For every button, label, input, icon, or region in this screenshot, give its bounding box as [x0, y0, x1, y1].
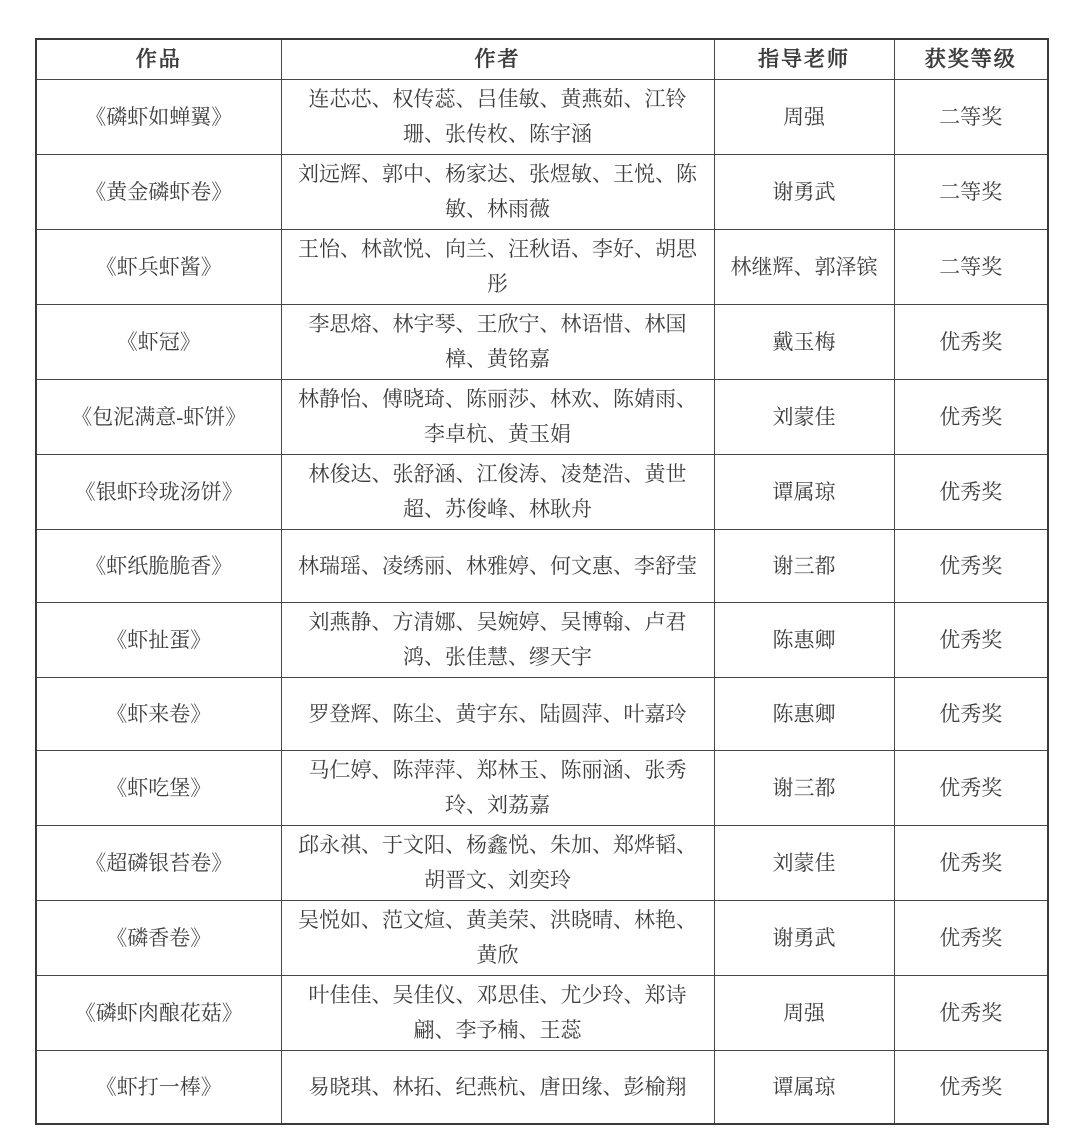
cell-authors: 林俊达、张舒涵、江俊涛、凌楚浩、黄世超、苏俊峰、林耿舟: [281, 455, 714, 530]
table-row: 《虾扯蛋》 刘燕静、方清娜、吴婉婷、吴博翰、卢君鸿、张佳慧、缪天宇 陈惠卿 优秀…: [36, 603, 1048, 678]
cell-award: 优秀奖: [894, 380, 1048, 455]
table-row: 《虾打一棒》 易晓琪、林拓、纪燕杭、唐田缘、彭榆翔 谭属琼 优秀奖: [36, 1051, 1048, 1125]
table-row: 《黄金磷虾卷》 刘远辉、郭中、杨家达、张煜敏、王悦、陈敏、林雨薇 谢勇武 二等奖: [36, 155, 1048, 230]
cell-teacher: 林继辉、郭泽镔: [714, 230, 894, 305]
cell-teacher: 谢勇武: [714, 901, 894, 976]
cell-teacher: 刘蒙佳: [714, 826, 894, 901]
cell-teacher: 谭属琼: [714, 455, 894, 530]
cell-work: 《磷虾肉酿花菇》: [36, 976, 281, 1051]
cell-work: 《虾冠》: [36, 305, 281, 380]
cell-work: 《虾吃堡》: [36, 751, 281, 826]
cell-teacher: 谭属琼: [714, 1051, 894, 1125]
cell-teacher: 周强: [714, 80, 894, 155]
header-row: 作品 作者 指导老师 获奖等级: [36, 39, 1048, 80]
awards-table: 作品 作者 指导老师 获奖等级 《磷虾如蝉翼》 连芯芯、权传蕊、吕佳敏、黄燕茹、…: [35, 38, 1049, 1125]
table-row: 《磷虾肉酿花菇》 叶佳佳、吴佳仪、邓思佳、尤少玲、郑诗翩、李予楠、王蕊 周强 优…: [36, 976, 1048, 1051]
cell-work: 《银虾玲珑汤饼》: [36, 455, 281, 530]
cell-authors: 易晓琪、林拓、纪燕杭、唐田缘、彭榆翔: [281, 1051, 714, 1125]
cell-authors: 叶佳佳、吴佳仪、邓思佳、尤少玲、郑诗翩、李予楠、王蕊: [281, 976, 714, 1051]
cell-teacher: 刘蒙佳: [714, 380, 894, 455]
cell-award: 二等奖: [894, 155, 1048, 230]
cell-authors: 王怡、林歆悦、向兰、汪秋语、李好、胡思彤: [281, 230, 714, 305]
table-row: 《虾冠》 李思熔、林宇琴、王欣宁、林语惜、林国樟、黄铭嘉 戴玉梅 优秀奖: [36, 305, 1048, 380]
cell-work: 《虾扯蛋》: [36, 603, 281, 678]
cell-authors: 吴悦如、范文煊、黄美荣、洪晓晴、林艳、黄欣: [281, 901, 714, 976]
cell-work: 《黄金磷虾卷》: [36, 155, 281, 230]
cell-award: 优秀奖: [894, 455, 1048, 530]
cell-authors: 邱永祺、于文阳、杨鑫悦、朱加、郑烨韬、胡晋文、刘奕玲: [281, 826, 714, 901]
cell-work: 《磷香卷》: [36, 901, 281, 976]
table-row: 《磷香卷》 吴悦如、范文煊、黄美荣、洪晓晴、林艳、黄欣 谢勇武 优秀奖: [36, 901, 1048, 976]
cell-award: 二等奖: [894, 230, 1048, 305]
cell-authors: 刘远辉、郭中、杨家达、张煜敏、王悦、陈敏、林雨薇: [281, 155, 714, 230]
cell-authors: 马仁婷、陈萍萍、郑林玉、陈丽涵、张秀玲、刘荔嘉: [281, 751, 714, 826]
table-row: 《银虾玲珑汤饼》 林俊达、张舒涵、江俊涛、凌楚浩、黄世超、苏俊峰、林耿舟 谭属琼…: [36, 455, 1048, 530]
cell-award: 二等奖: [894, 80, 1048, 155]
cell-authors: 罗登辉、陈尘、黄宇东、陆圆萍、叶嘉玲: [281, 678, 714, 751]
cell-work: 《超磷银苔卷》: [36, 826, 281, 901]
cell-award: 优秀奖: [894, 976, 1048, 1051]
column-header-work: 作品: [36, 39, 281, 80]
cell-award: 优秀奖: [894, 826, 1048, 901]
cell-authors: 李思熔、林宇琴、王欣宁、林语惜、林国樟、黄铭嘉: [281, 305, 714, 380]
cell-award: 优秀奖: [894, 1051, 1048, 1125]
awards-table-container: 作品 作者 指导老师 获奖等级 《磷虾如蝉翼》 连芯芯、权传蕊、吕佳敏、黄燕茹、…: [35, 38, 1049, 1125]
column-header-teacher: 指导老师: [714, 39, 894, 80]
cell-authors: 林静怡、傅晓琦、陈丽莎、林欢、陈婧雨、李卓杭、黄玉娟: [281, 380, 714, 455]
cell-award: 优秀奖: [894, 305, 1048, 380]
cell-award: 优秀奖: [894, 603, 1048, 678]
cell-work: 《虾来卷》: [36, 678, 281, 751]
cell-teacher: 周强: [714, 976, 894, 1051]
column-header-authors: 作者: [281, 39, 714, 80]
cell-work: 《包泥满意-虾饼》: [36, 380, 281, 455]
table-row: 《超磷银苔卷》 邱永祺、于文阳、杨鑫悦、朱加、郑烨韬、胡晋文、刘奕玲 刘蒙佳 优…: [36, 826, 1048, 901]
awards-table-body: 《磷虾如蝉翼》 连芯芯、权传蕊、吕佳敏、黄燕茹、江铃珊、张传枚、陈宇涵 周强 二…: [36, 80, 1048, 1125]
cell-teacher: 陈惠卿: [714, 603, 894, 678]
column-header-award: 获奖等级: [894, 39, 1048, 80]
cell-authors: 刘燕静、方清娜、吴婉婷、吴博翰、卢君鸿、张佳慧、缪天宇: [281, 603, 714, 678]
cell-award: 优秀奖: [894, 530, 1048, 603]
cell-teacher: 戴玉梅: [714, 305, 894, 380]
cell-teacher: 谢三都: [714, 530, 894, 603]
cell-award: 优秀奖: [894, 901, 1048, 976]
table-row: 《虾兵虾酱》 王怡、林歆悦、向兰、汪秋语、李好、胡思彤 林继辉、郭泽镔 二等奖: [36, 230, 1048, 305]
cell-award: 优秀奖: [894, 678, 1048, 751]
table-row: 《虾纸脆脆香》 林瑞瑶、凌绣丽、林雅婷、何文惠、李舒莹 谢三都 优秀奖: [36, 530, 1048, 603]
cell-work: 《虾兵虾酱》: [36, 230, 281, 305]
table-row: 《包泥满意-虾饼》 林静怡、傅晓琦、陈丽莎、林欢、陈婧雨、李卓杭、黄玉娟 刘蒙佳…: [36, 380, 1048, 455]
awards-table-header: 作品 作者 指导老师 获奖等级: [36, 39, 1048, 80]
table-row: 《虾吃堡》 马仁婷、陈萍萍、郑林玉、陈丽涵、张秀玲、刘荔嘉 谢三都 优秀奖: [36, 751, 1048, 826]
cell-work: 《虾纸脆脆香》: [36, 530, 281, 603]
cell-authors: 连芯芯、权传蕊、吕佳敏、黄燕茹、江铃珊、张传枚、陈宇涵: [281, 80, 714, 155]
cell-award: 优秀奖: [894, 751, 1048, 826]
cell-work: 《虾打一棒》: [36, 1051, 281, 1125]
cell-teacher: 谢勇武: [714, 155, 894, 230]
cell-teacher: 谢三都: [714, 751, 894, 826]
cell-authors: 林瑞瑶、凌绣丽、林雅婷、何文惠、李舒莹: [281, 530, 714, 603]
table-row: 《虾来卷》 罗登辉、陈尘、黄宇东、陆圆萍、叶嘉玲 陈惠卿 优秀奖: [36, 678, 1048, 751]
table-row: 《磷虾如蝉翼》 连芯芯、权传蕊、吕佳敏、黄燕茹、江铃珊、张传枚、陈宇涵 周强 二…: [36, 80, 1048, 155]
cell-teacher: 陈惠卿: [714, 678, 894, 751]
cell-work: 《磷虾如蝉翼》: [36, 80, 281, 155]
